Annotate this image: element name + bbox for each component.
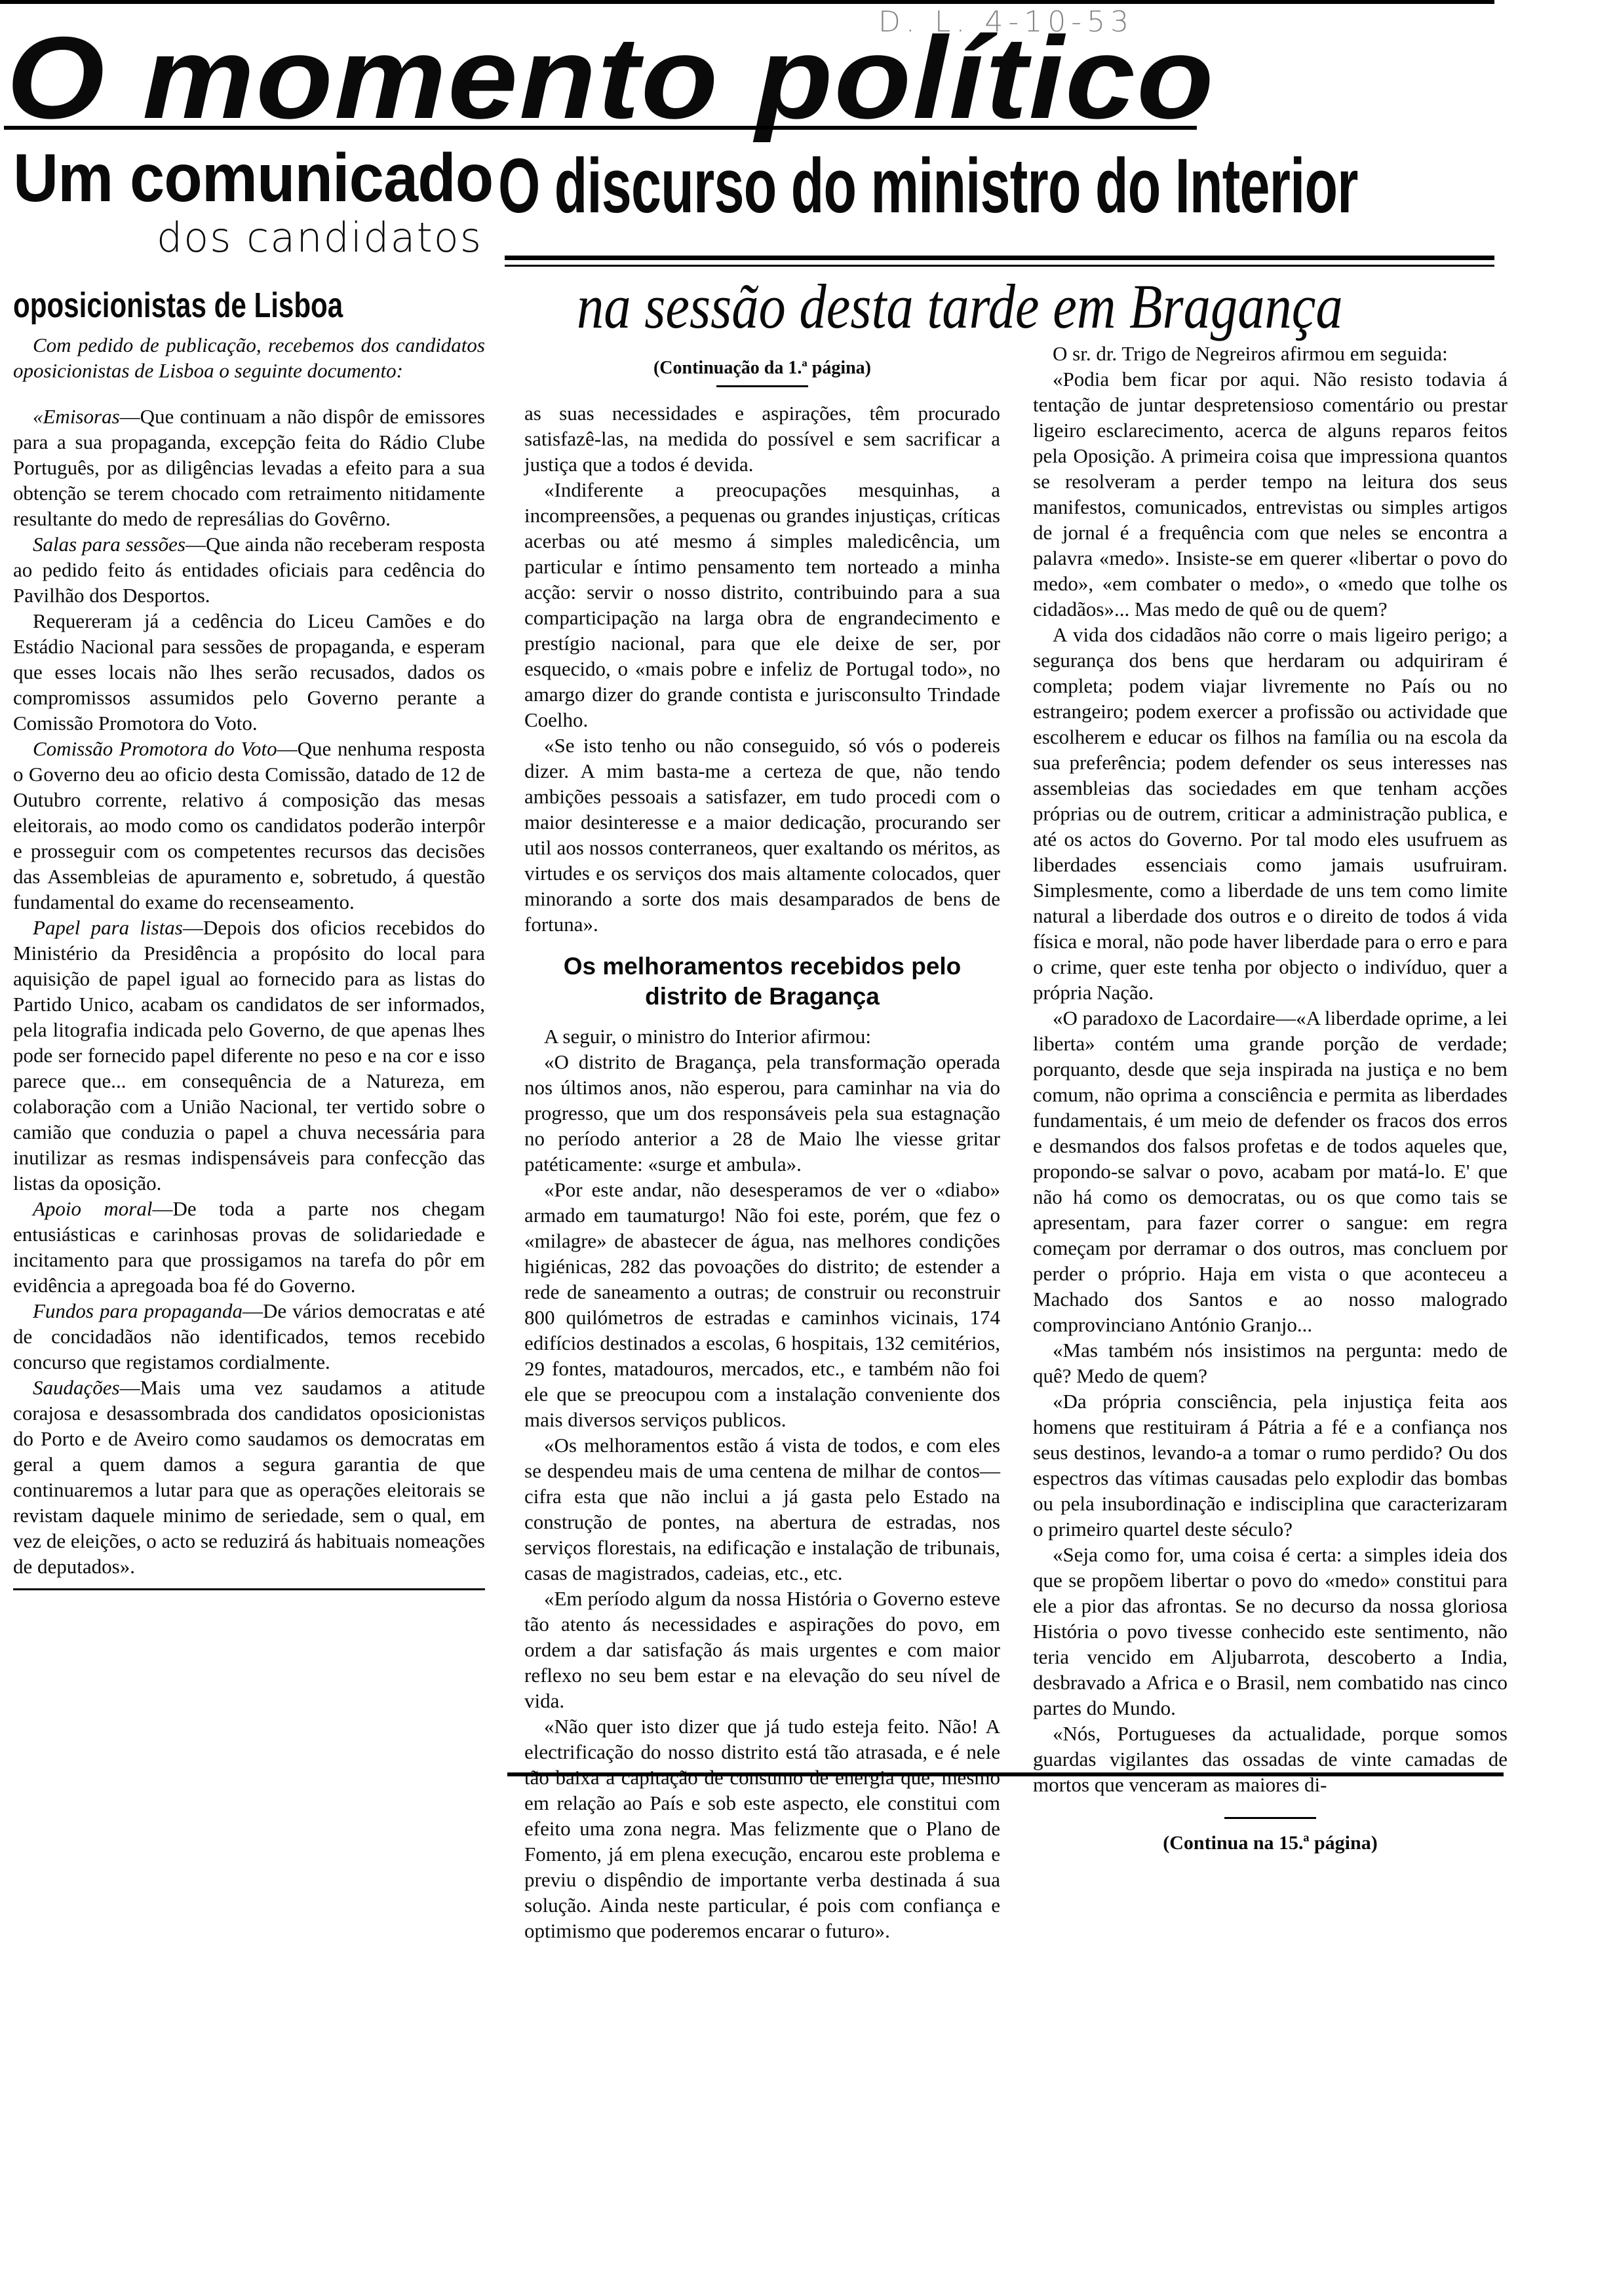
paragraph: «Podia bem ficar por aqui. Não resisto t… xyxy=(1033,366,1508,622)
paragraph-lead: Papel para listas xyxy=(33,916,183,939)
paragraph-lead: Apoio moral xyxy=(33,1197,152,1220)
left-headline-tertiary: oposicionistas de Lisboa xyxy=(13,285,381,326)
paragraph: «Em período algum da nossa História o Go… xyxy=(524,1586,1000,1713)
masthead-rule xyxy=(4,126,1197,130)
paragraph: «Os melhoramentos estão á vista de todos… xyxy=(524,1432,1000,1586)
paragraph: «Seja como for, uma coisa é certa: a sim… xyxy=(1033,1542,1508,1721)
paragraph-text: —Que nenhuma resposta o Governo deu ao o… xyxy=(13,737,485,913)
paragraph: «Por este andar, não desesperamos de ver… xyxy=(524,1177,1000,1432)
paragraph-lead: Fundos para propaganda xyxy=(33,1299,243,1322)
section-masthead: O momento político xyxy=(7,20,1266,136)
paragraph: Comissão Promotora do Voto—Que nenhuma r… xyxy=(13,736,485,915)
left-article-end-rule xyxy=(13,1588,485,1590)
short-divider xyxy=(1224,1817,1316,1819)
paragraph: A seguir, o ministro do Interior afirmou… xyxy=(524,1024,1000,1049)
paragraph: as suas necessidades e aspirações, têm p… xyxy=(524,400,1000,477)
paragraph-text: Requereram já a cedência do Liceu Camões… xyxy=(13,609,485,735)
paragraph-lead: Saudações xyxy=(33,1376,120,1399)
paragraph: Salas para sessões—Que ainda não receber… xyxy=(13,531,485,608)
left-headline: Um comunicado xyxy=(13,144,447,212)
paragraph: O sr. dr. Trigo de Negreiros afirmou em … xyxy=(1033,341,1508,366)
paragraph-text: —Depois dos oficios recebidos do Ministé… xyxy=(13,916,485,1195)
paragraph-lead: Salas para sessões xyxy=(33,533,185,556)
article-bottom-rule xyxy=(507,1772,1504,1776)
top-border-rule xyxy=(0,0,1494,4)
left-intro: Com pedido de publicação, recebemos dos … xyxy=(13,332,485,383)
main-article-column-1: (Continuação da 1.ª página) as suas nece… xyxy=(524,341,1000,1943)
paragraph: «Se isto tenho ou não conseguido, só vós… xyxy=(524,733,1000,937)
left-headline-secondary: dos candidatos xyxy=(13,214,485,261)
short-divider xyxy=(716,385,808,387)
paragraph: «O distrito de Bragança, pela transforma… xyxy=(524,1049,1000,1177)
paragraph-lead: Comissão Promotora do Voto xyxy=(33,737,277,760)
paragraph: Fundos para propaganda—De vários democra… xyxy=(13,1298,485,1375)
main-headline: O discurso do ministro do Interior xyxy=(498,147,1205,225)
continuation-note: (Continuação da 1.ª página) xyxy=(524,358,1000,379)
main-article-column-2: O sr. dr. Trigo de Negreiros afirmou em … xyxy=(1033,341,1508,1854)
continues-note: (Continua na 15.ª página) xyxy=(1033,1832,1508,1854)
paragraph: A vida dos cidadãos não corre o mais lig… xyxy=(1033,622,1508,1005)
paragraph: «Da própria consciência, pela injustiça … xyxy=(1033,1388,1508,1542)
paragraph-lead: «Emisoras xyxy=(33,405,120,428)
paragraph: «Não quer isto dizer que já tudo esteja … xyxy=(524,1713,1000,1943)
paragraph: «O paradoxo de Lacordaire—«A liberdade o… xyxy=(1033,1005,1508,1337)
paragraph: Saudações—Mais uma vez saudamos a atitud… xyxy=(13,1375,485,1579)
paragraph: «Nós, Portugueses da actualidade, porque… xyxy=(1033,1721,1508,1797)
paragraph: Requereram já a cedência do Liceu Camões… xyxy=(13,608,485,736)
left-article: Um comunicado dos candidatos oposicionis… xyxy=(13,144,485,1590)
headline-rule-thin xyxy=(505,265,1494,267)
headline-rule-thick xyxy=(505,256,1494,260)
paragraph: Apoio moral—De toda a parte nos chegam e… xyxy=(13,1196,485,1298)
paragraph: «Indiferente a preocupações mesquinhas, … xyxy=(524,477,1000,733)
paragraph-text: —Mais uma vez saudamos a atitude corajos… xyxy=(13,1376,485,1578)
main-subheadline: na sessão desta tarde em Bragança xyxy=(577,275,1377,338)
section-heading: Os melhoramentos recebidos pelo distrito… xyxy=(537,951,987,1012)
paragraph: «Emisoras—Que continuam a não dispôr de … xyxy=(13,404,485,531)
paragraph: «Mas também nós insistimos na pergunta: … xyxy=(1033,1337,1508,1388)
paragraph: Papel para listas—Depois dos oficios rec… xyxy=(13,915,485,1196)
